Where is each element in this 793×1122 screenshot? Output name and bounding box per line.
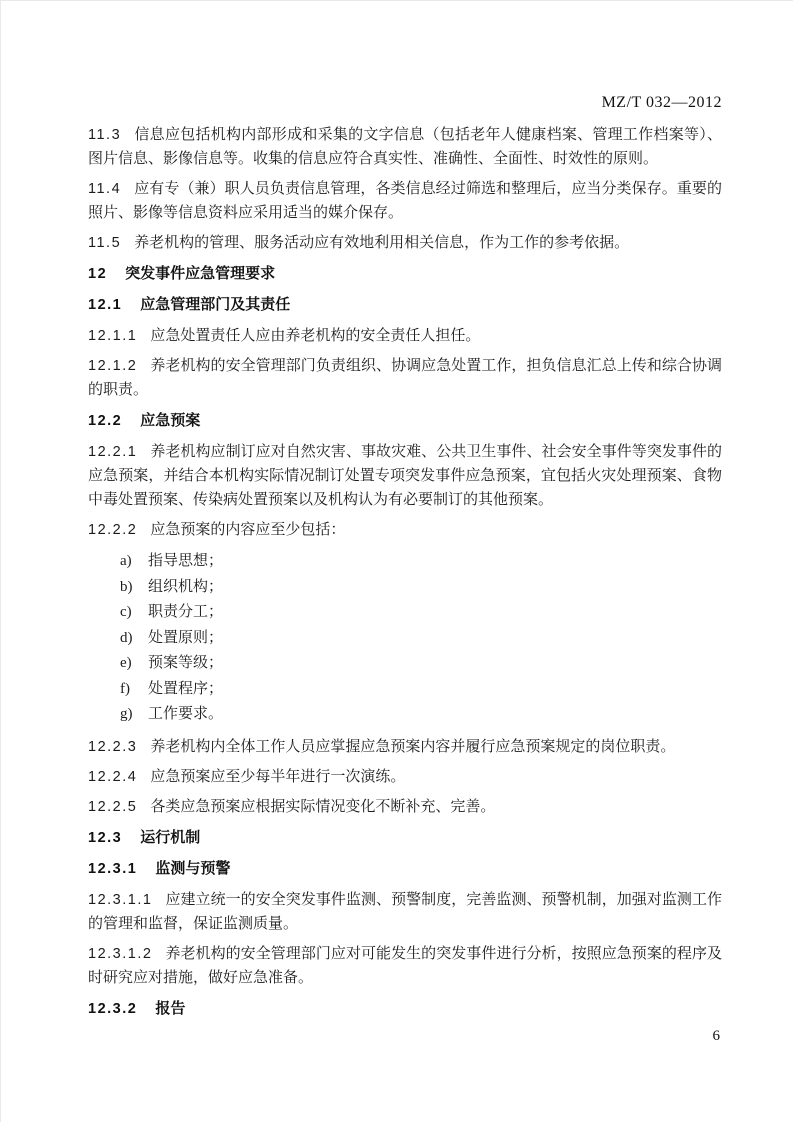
standard-number: MZ/T 032—2012 xyxy=(602,94,722,111)
list-item-text: 预案等级； xyxy=(148,655,223,671)
clause-number: 12.2.5 xyxy=(88,799,137,815)
clause-12-2-5: 12.2.5各类应急预案应根据实际情况变化不断补充、完善。 xyxy=(88,795,722,819)
clause-text: 养老机构的安全管理部门负责组织、协调应急处置工作，担负信息汇总上传和综合协调的职… xyxy=(88,358,722,398)
heading-text: 应急管理部门及其责任 xyxy=(140,296,290,313)
list-item: b)组织机构； xyxy=(120,575,722,601)
clause-11-4: 11.4应有专（兼）职人员负责信息管理，各类信息经过筛选和整理后，应当分类保存。… xyxy=(88,177,722,225)
heading-number: 12.3 xyxy=(88,830,122,846)
clause-text: 养老机构内全体工作人员应掌握应急预案内容并履行应急预案规定的岗位职责。 xyxy=(150,739,675,755)
list-item-text: 工作要求。 xyxy=(148,706,223,722)
heading-text: 监测与预警 xyxy=(155,860,230,877)
clause-number: 12.1.2 xyxy=(88,358,137,374)
clause-text: 应有专（兼）职人员负责信息管理，各类信息经过筛选和整理后，应当分类保存。重要的照… xyxy=(88,181,722,221)
clause-number: 12.3.1.1 xyxy=(88,892,152,908)
list-item-marker: a) xyxy=(120,549,138,575)
heading-text: 报告 xyxy=(155,1000,185,1017)
heading-text: 应急预案 xyxy=(140,412,200,429)
list-item: d)处置原则； xyxy=(120,626,722,652)
clause-text: 应急预案的内容应至少包括： xyxy=(150,522,345,538)
clause-text: 养老机构应制订应对自然灾害、事故灾难、公共卫生事件、社会安全事件等突发事件的应急… xyxy=(88,444,722,508)
list-item-text: 指导思想； xyxy=(148,553,223,569)
clause-text: 各类应急预案应根据实际情况变化不断补充、完善。 xyxy=(150,799,495,815)
clause-text: 应急预案应至少每半年进行一次演练。 xyxy=(150,769,405,785)
document-page: MZ/T 032—2012 11.3信息应包括机构内部形成和采集的文字信息（包括… xyxy=(0,0,793,1122)
list-item-marker: f) xyxy=(120,677,138,703)
list-item-marker: e) xyxy=(120,651,138,677)
clause-number: 12.2.3 xyxy=(88,739,137,755)
page-number: 6 xyxy=(713,1028,721,1045)
heading-number: 12.3.1 xyxy=(88,861,137,877)
clause-12-1-1: 12.1.1应急处置责任人应由养老机构的安全责任人担任。 xyxy=(88,324,722,348)
clause-text: 信息应包括机构内部形成和采集的文字信息（包括老年人健康档案、管理工作档案等）、图… xyxy=(88,127,722,167)
heading-number: 12.2 xyxy=(88,413,122,429)
list-item-text: 处置程序； xyxy=(148,681,223,697)
clause-12-2-1: 12.2.1养老机构应制订应对自然灾害、事故灾难、公共卫生事件、社会安全事件等突… xyxy=(88,440,722,512)
clause-12-2-2: 12.2.2应急预案的内容应至少包括： xyxy=(88,518,722,542)
list-item: a)指导思想； xyxy=(120,549,722,575)
list-item-text: 处置原则； xyxy=(148,630,223,646)
list-item-text: 职责分工； xyxy=(148,604,223,620)
clause-number: 11.4 xyxy=(88,181,121,197)
clause-number: 12.3.1.2 xyxy=(88,946,152,962)
heading-number: 12.3.2 xyxy=(88,1001,137,1017)
list-item: f)处置程序； xyxy=(120,677,722,703)
clause-12-3-1-2: 12.3.1.2养老机构的安全管理部门应对可能发生的突发事件进行分析，按照应急预… xyxy=(88,942,722,990)
list-item-text: 组织机构； xyxy=(148,579,223,595)
list-item-marker: g) xyxy=(120,702,138,728)
clause-text: 养老机构的安全管理部门应对可能发生的突发事件进行分析，按照应急预案的程序及时研究… xyxy=(88,946,722,986)
clause-12-1-2: 12.1.2养老机构的安全管理部门负责组织、协调应急处置工作，担负信息汇总上传和… xyxy=(88,354,722,402)
section-heading-12: 12突发事件应急管理要求 xyxy=(88,262,722,286)
clause-12-2-3: 12.2.3养老机构内全体工作人员应掌握应急预案内容并履行应急预案规定的岗位职责… xyxy=(88,735,722,759)
section-heading-12-3-2: 12.3.2报告 xyxy=(88,997,722,1021)
list-item: c)职责分工； xyxy=(120,600,722,626)
list-item-marker: d) xyxy=(120,626,138,652)
clause-11-3: 11.3信息应包括机构内部形成和采集的文字信息（包括老年人健康档案、管理工作档案… xyxy=(88,123,722,171)
clause-number: 11.5 xyxy=(88,235,121,251)
clause-number: 12.1.1 xyxy=(88,328,137,344)
document-body: 11.3信息应包括机构内部形成和采集的文字信息（包括老年人健康档案、管理工作档案… xyxy=(88,123,722,1021)
clause-11-5: 11.5养老机构的管理、服务活动应有效地利用相关信息，作为工作的参考依据。 xyxy=(88,231,722,255)
clause-12-2-4: 12.2.4应急预案应至少每半年进行一次演练。 xyxy=(88,765,722,789)
clause-text: 养老机构的管理、服务活动应有效地利用相关信息，作为工作的参考依据。 xyxy=(134,235,629,251)
clause-number: 12.2.2 xyxy=(88,522,137,538)
clause-12-3-1-1: 12.3.1.1应建立统一的安全突发事件监测、预警制度，完善监测、预警机制，加强… xyxy=(88,888,722,936)
heading-number: 12 xyxy=(88,266,107,282)
clause-text: 应急处置责任人应由养老机构的安全责任人担任。 xyxy=(150,328,480,344)
clause-number: 12.2.4 xyxy=(88,769,137,785)
clause-text: 应建立统一的安全突发事件监测、预警制度，完善监测、预警机制，加强对监测工作的管理… xyxy=(88,892,722,932)
section-heading-12-3: 12.3运行机制 xyxy=(88,826,722,850)
page-header: MZ/T 032—2012 xyxy=(88,0,722,112)
list-item-marker: b) xyxy=(120,575,138,601)
clause-number: 11.3 xyxy=(88,127,121,143)
list-item: g)工作要求。 xyxy=(120,702,722,728)
list-item: e)预案等级； xyxy=(120,651,722,677)
heading-text: 运行机制 xyxy=(140,829,200,846)
plan-content-list: a)指导思想； b)组织机构； c)职责分工； d)处置原则； e)预案等级； … xyxy=(88,549,722,728)
heading-text: 突发事件应急管理要求 xyxy=(125,265,275,282)
section-heading-12-3-1: 12.3.1监测与预警 xyxy=(88,857,722,881)
list-item-marker: c) xyxy=(120,600,138,626)
section-heading-12-1: 12.1应急管理部门及其责任 xyxy=(88,293,722,317)
clause-number: 12.2.1 xyxy=(88,444,137,460)
heading-number: 12.1 xyxy=(88,297,122,313)
section-heading-12-2: 12.2应急预案 xyxy=(88,409,722,433)
